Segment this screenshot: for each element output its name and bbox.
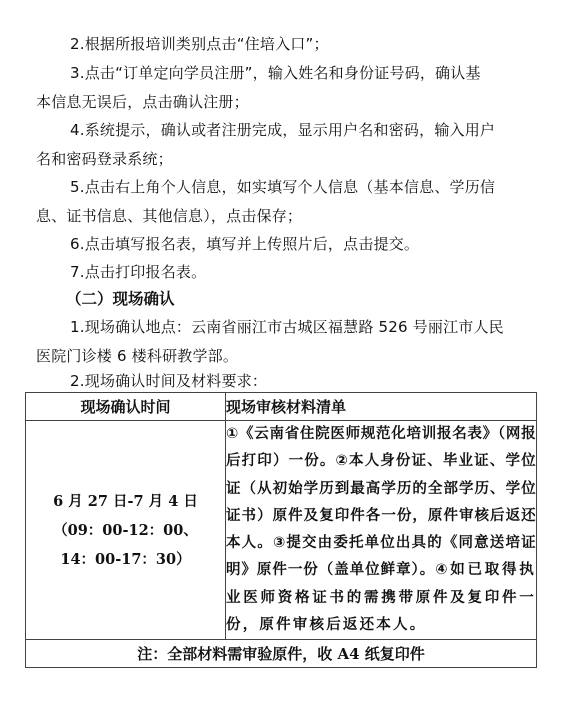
- location-paragraph: 1.现场确认地点：云南省丽江市古城区福慧路 526 号丽江市人民 医院门诊楼 6…: [36, 313, 528, 370]
- step-5: 5.点击右上角个人信息，如实填写个人信息（基本信息、学历信 息、证书信息、其他信…: [36, 173, 528, 230]
- section-heading: （二）现场确认: [66, 285, 175, 313]
- materials-main: ①《云南省住院医师规范化培训报名表》（网报后打印）一份。②本人身份证、毕业证、学…: [226, 426, 536, 578]
- note-row: 注：全部材料需审验原件，收 A4 纸复印件: [26, 640, 537, 668]
- step-6: 6.点击填写报名表，填写并上传照片后，点击提交。: [36, 230, 528, 259]
- header-time: 现场确认时间: [26, 393, 226, 421]
- materials-cell: ①《云南省住院医师规范化培训报名表》（网报后打印）一份。②本人身份证、毕业证、学…: [226, 421, 537, 640]
- confirmation-table: 现场确认时间 现场审核材料清单 6 月 27 日-7 月 4 日 （09：00-…: [25, 392, 537, 668]
- step-5-line2: 息、证书信息、其他信息），点击保存；: [36, 202, 528, 231]
- step-2: 2.根据所报培训类别点击“住培入口”；: [36, 30, 528, 59]
- step-3: 3.点击“订单定向学员注册”，输入姓名和身份证号码，确认基 本信息无误后，点击确…: [36, 59, 528, 116]
- note-suffix: 纸复印件: [360, 645, 425, 663]
- time-slot-afternoon: 14：00-17：30）: [26, 545, 225, 574]
- note-prefix: 注：全部材料需审验原件，收: [137, 645, 337, 663]
- table-header-row: 现场确认时间 现场审核材料清单: [26, 393, 537, 421]
- location-line1: 1.现场确认地点：云南省丽江市古城区福慧路 526 号丽江市人民: [36, 313, 528, 342]
- step-4-line1: 4.系统提示，确认或者注册完成，显示用户名和密码，输入用户: [36, 116, 528, 145]
- step-7: 7.点击打印报名表。: [36, 258, 528, 287]
- table-row: 6 月 27 日-7 月 4 日 （09：00-12：00、 14：00-17：…: [26, 421, 537, 640]
- time-slot-morning: （09：00-12：00、: [26, 516, 225, 545]
- note-a4: A4: [337, 645, 359, 663]
- step-4: 4.系统提示，确认或者注册完成，显示用户名和密码，输入用户 名和密码登录系统；: [36, 116, 528, 173]
- step-7-text: 7.点击打印报名表。: [36, 258, 528, 287]
- step-3-line2: 本信息无误后，点击确认注册；: [36, 88, 528, 117]
- step-2-text: 2.根据所报培训类别点击“住培入口”；: [36, 30, 528, 59]
- note-cell: 注：全部材料需审验原件，收 A4 纸复印件: [26, 640, 537, 668]
- header-materials: 现场审核材料清单: [226, 393, 537, 421]
- step-5-line1: 5.点击右上角个人信息，如实填写个人信息（基本信息、学历信: [36, 173, 528, 202]
- time-date: 6 月 27 日-7 月 4 日: [26, 487, 225, 516]
- document-page: 2.根据所报培训类别点击“住培入口”； 3.点击“订单定向学员注册”，输入姓名和…: [0, 0, 563, 727]
- step-6-text: 6.点击填写报名表，填写并上传照片后，点击提交。: [36, 230, 528, 259]
- time-cell: 6 月 27 日-7 月 4 日 （09：00-12：00、 14：00-17：…: [26, 421, 226, 640]
- step-3-line1: 3.点击“订单定向学员注册”，输入姓名和身份证号码，确认基: [36, 59, 528, 88]
- step-4-line2: 名和密码登录系统；: [36, 145, 528, 174]
- location-line2: 医院门诊楼 6 楼科研教学部。: [36, 342, 528, 371]
